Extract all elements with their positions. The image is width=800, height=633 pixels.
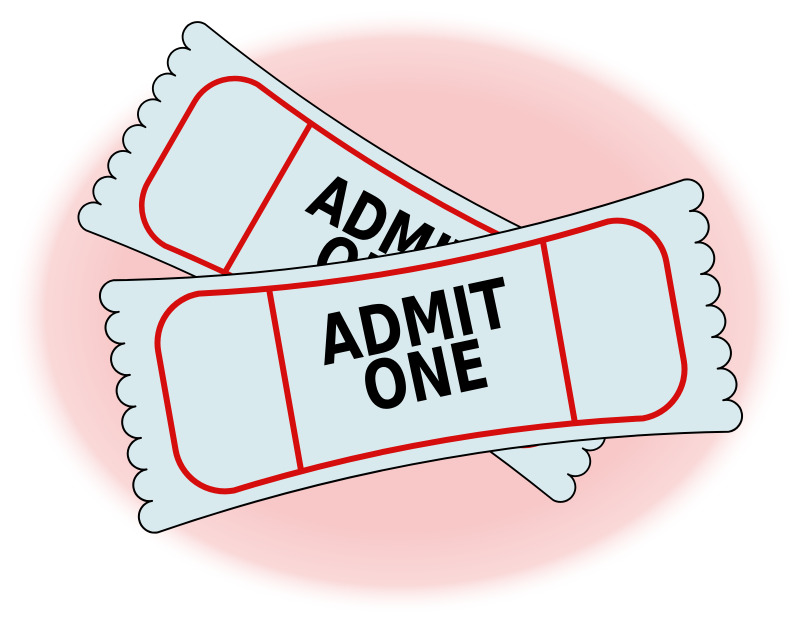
admit-one-tickets-illustration: ADMIT ONE ADMIT ONE xyxy=(0,0,800,633)
